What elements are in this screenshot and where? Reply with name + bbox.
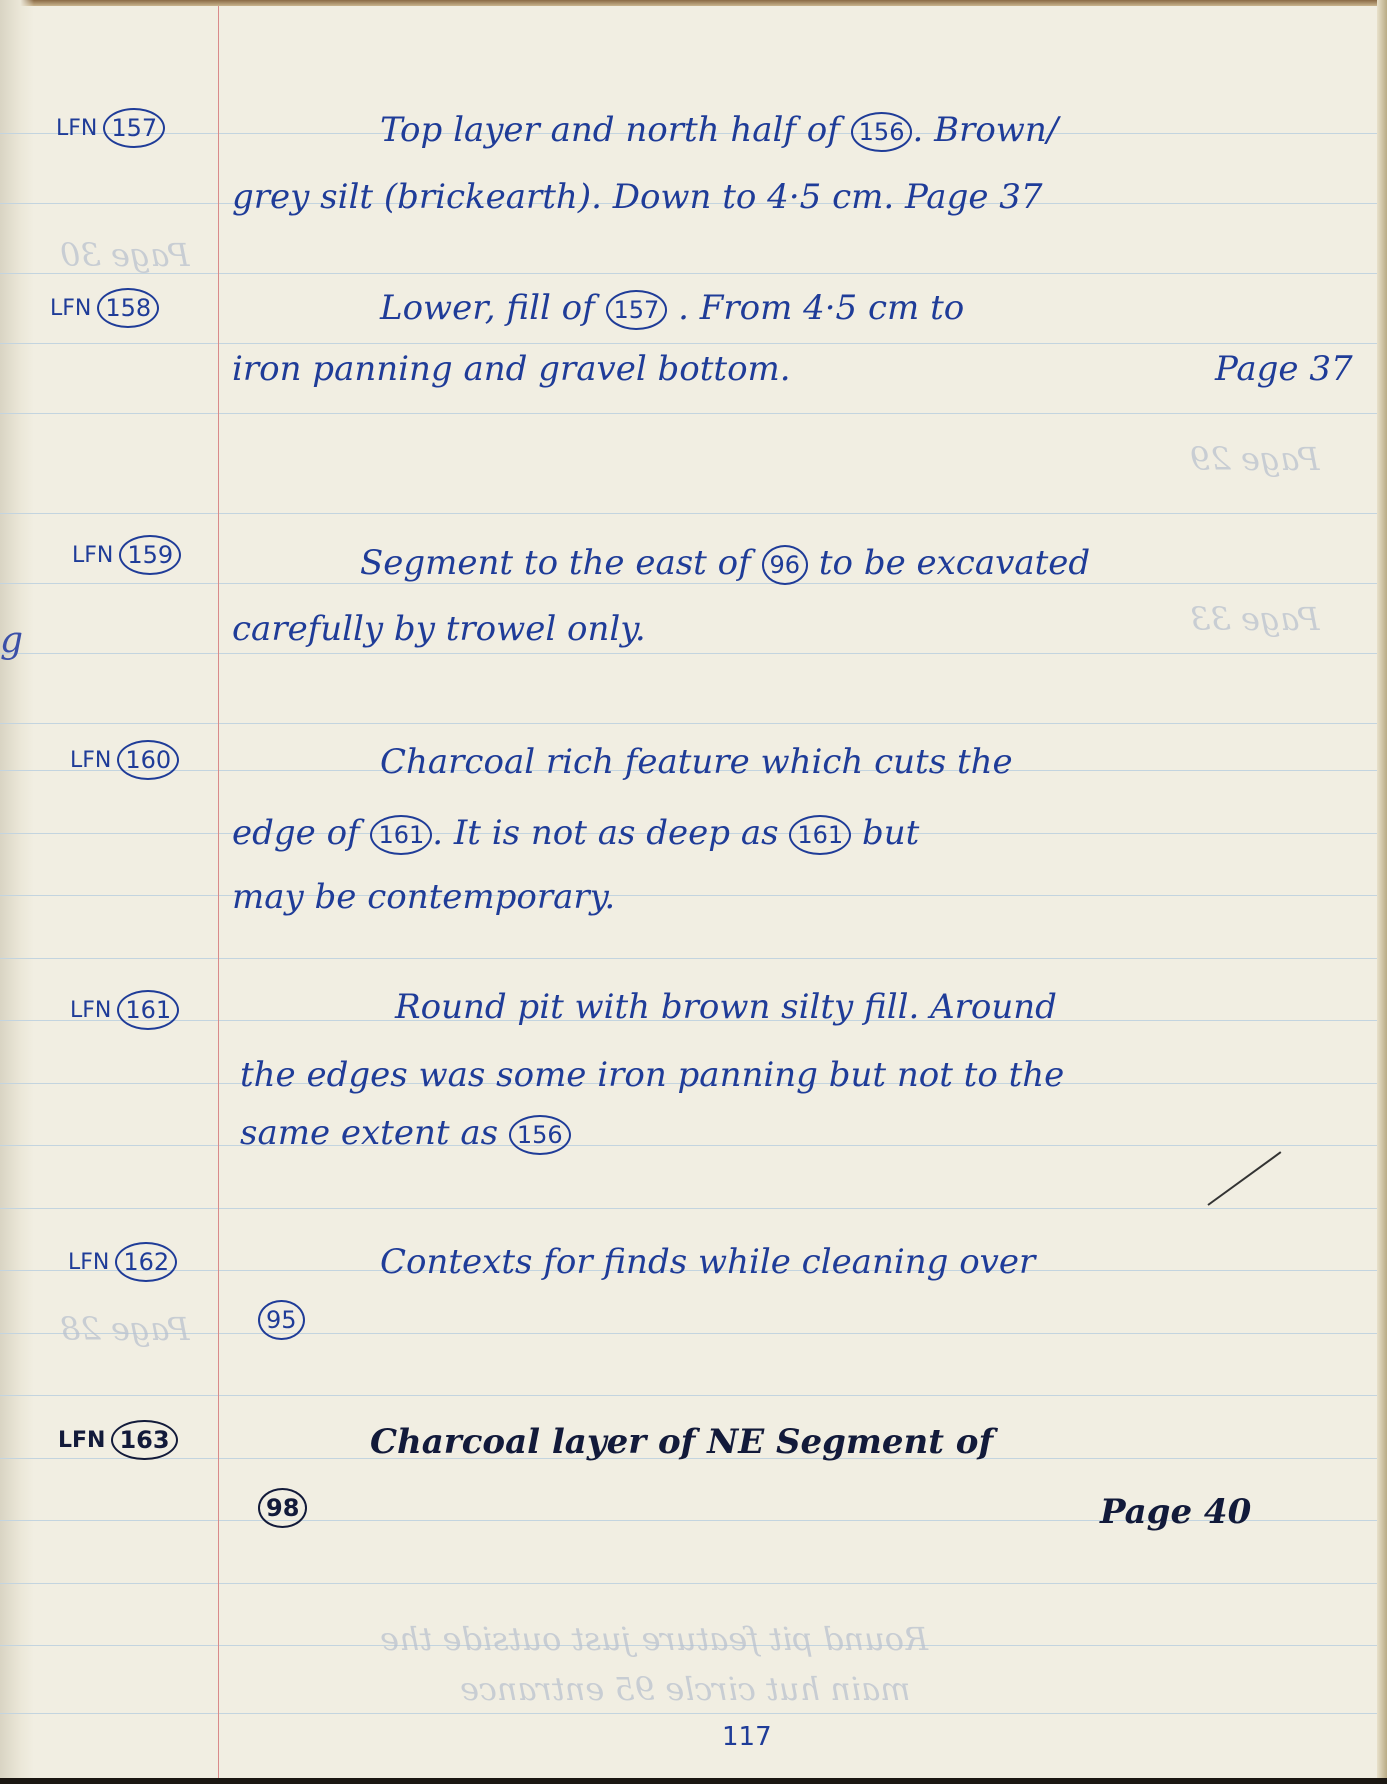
lfn-prefix: LFN	[72, 543, 113, 568]
context-ref-circle: 161	[789, 815, 851, 855]
lfn-prefix: LFN	[50, 296, 91, 321]
show-through-text: Page 29	[1190, 440, 1319, 478]
context-ref-circle: 156	[851, 112, 913, 152]
context-ref-circle: 161	[370, 815, 432, 855]
context-number-circle: 163	[111, 1420, 177, 1460]
entry-158-line-2: iron panning and gravel bottom.	[232, 352, 791, 386]
ruled-line	[0, 958, 1377, 959]
entry-159-label: LFN 159	[72, 535, 181, 575]
page-bottom-edge	[0, 1778, 1387, 1784]
entry-157-line-2: grey silt (brickearth). Down to 4·5 cm. …	[232, 180, 1043, 214]
facing-page-fragment: g	[0, 620, 23, 661]
ruled-line	[0, 513, 1377, 514]
page-number: 117	[722, 1722, 772, 1752]
entry-158-line-1: Lower, fill of 157 . From 4·5 cm to	[380, 290, 964, 330]
show-through-text: Round pit feature just outside the	[380, 1620, 928, 1658]
entry-160-line-1: Charcoal rich feature which cuts the	[380, 745, 1013, 779]
lfn-prefix: LFN	[56, 116, 97, 141]
context-number-circle: 157	[103, 108, 165, 148]
entry-text: Lower, fill of	[380, 288, 595, 328]
entry-text: same extent as	[240, 1113, 498, 1153]
show-through-text: main hut circle 95 entrance	[460, 1670, 911, 1708]
entry-text: . It is not as deep as	[432, 813, 778, 853]
ruled-line	[0, 1145, 1377, 1146]
margin-line	[218, 6, 219, 1778]
page-top-edge	[0, 0, 1387, 6]
show-through-text: Page 30	[60, 236, 189, 274]
entry-161-line-1: Round pit with brown silty fill. Around	[395, 990, 1057, 1024]
context-ref-circle: 156	[509, 1115, 571, 1155]
ruled-line	[0, 1713, 1377, 1714]
entry-159-line-1: Segment to the east of 96 to be excavate…	[360, 545, 1090, 585]
lfn-prefix: LFN	[70, 998, 111, 1023]
lfn-prefix: LFN	[68, 1250, 109, 1275]
entry-text: Segment to the east of	[360, 543, 751, 583]
entry-158-label: LFN 158	[50, 288, 159, 328]
ruled-line	[0, 1395, 1377, 1396]
ruled-line	[0, 1583, 1377, 1584]
binding-shadow	[0, 0, 34, 1784]
pencil-stroke-mark	[1207, 1151, 1281, 1206]
entry-163-page-ref: Page 40	[1100, 1495, 1251, 1529]
entry-text: . From 4·5 cm to	[678, 288, 964, 328]
context-ref-circle: 95	[258, 1300, 305, 1340]
entry-160-line-3: may be contemporary.	[232, 880, 615, 914]
show-through-text: Page 28	[60, 1310, 189, 1348]
entry-text: Top layer and north half of	[380, 110, 840, 150]
ruled-line	[0, 653, 1377, 654]
ruled-line	[0, 1333, 1377, 1334]
ruled-line	[0, 273, 1377, 274]
context-number-circle: 161	[117, 990, 179, 1030]
entry-text: to be excavated	[819, 543, 1090, 583]
entry-157-label: LFN 157	[56, 108, 165, 148]
ruled-line	[0, 895, 1377, 896]
ruled-line	[0, 413, 1377, 414]
entry-163-line-2: 98	[258, 1488, 307, 1528]
entry-162-line-2: 95	[258, 1300, 305, 1340]
notebook-page: Page 30 Page 29 Page 33 Page 28 Round pi…	[0, 0, 1387, 1784]
entry-163-line-1: Charcoal layer of NE Segment of	[370, 1425, 993, 1459]
show-through-text: Page 33	[1190, 600, 1319, 638]
context-number-circle: 158	[97, 288, 159, 328]
entry-160-line-2: edge of 161. It is not as deep as 161 bu…	[232, 815, 919, 855]
lfn-prefix: LFN	[58, 1428, 105, 1453]
ruled-line	[0, 723, 1377, 724]
entry-161-line-2: the edges was some iron panning but not …	[240, 1058, 1064, 1092]
entry-162-label: LFN 162	[68, 1242, 177, 1282]
entry-157-line-1: Top layer and north half of 156. Brown/	[380, 112, 1058, 152]
context-number-circle: 160	[117, 740, 179, 780]
entry-158-page-ref: Page 37	[1215, 352, 1353, 386]
ruled-line	[0, 1208, 1377, 1209]
entry-160-label: LFN 160	[70, 740, 179, 780]
entry-162-line-1: Contexts for finds while cleaning over	[380, 1245, 1035, 1279]
page-right-edge	[1377, 0, 1387, 1784]
context-number-circle: 162	[115, 1242, 177, 1282]
context-ref-circle: 157	[606, 290, 668, 330]
entry-text: edge of	[232, 813, 360, 853]
entry-161-label: LFN 161	[70, 990, 179, 1030]
lfn-prefix: LFN	[70, 748, 111, 773]
context-number-circle: 159	[119, 535, 181, 575]
entry-text: . Brown/	[912, 110, 1058, 150]
entry-text: but	[862, 813, 919, 853]
entry-159-line-2: carefully by trowel only.	[232, 612, 646, 646]
entry-161-line-3: same extent as 156	[240, 1115, 571, 1155]
context-ref-circle: 98	[258, 1488, 307, 1528]
context-ref-circle: 96	[762, 545, 809, 585]
entry-163-label: LFN 163	[58, 1420, 178, 1460]
ruled-line	[0, 343, 1377, 344]
